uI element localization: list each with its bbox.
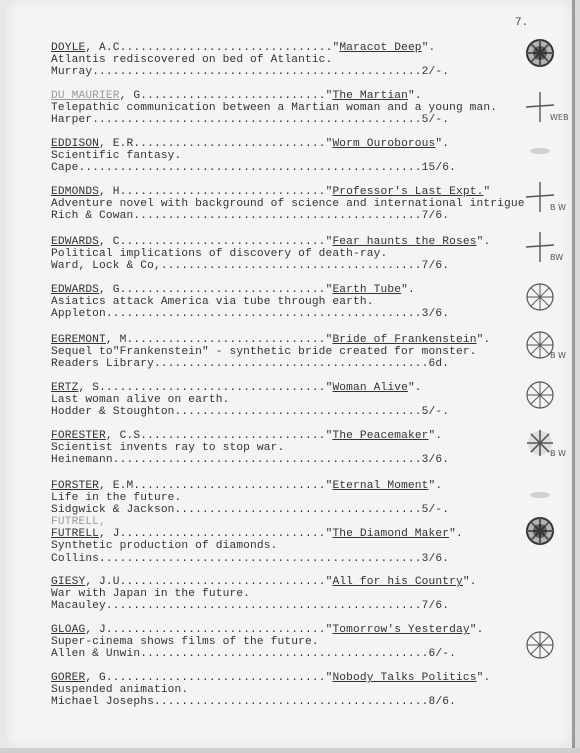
author-dot-leader: .............................. (120, 186, 326, 198)
author-initials: , E.M (99, 480, 133, 492)
entry-heading-line: DU MAURIER, G...........................… (51, 90, 561, 102)
author-dot-leader: .............................. (120, 528, 326, 540)
entry-publisher-line: Allen & Unwin...........................… (51, 648, 561, 660)
author-dot-leader: ................................ (106, 672, 326, 684)
author-dot-leader: ............................... (120, 42, 333, 54)
author-initials: , J.U (85, 576, 119, 588)
page-number: 7. (515, 17, 528, 29)
entry-description: Political implications of discovery of d… (51, 248, 561, 260)
author-initials: , J (85, 624, 106, 636)
bibliography-entry: EGREMONT, M.............................… (51, 334, 561, 371)
publisher-name: Readers Library (51, 358, 154, 370)
entry-description: Telepathic communication between a Marti… (51, 102, 561, 114)
author-name: DU MAURIER (51, 90, 120, 102)
cross-mark-icon: BW (523, 230, 557, 264)
book-title: Eternal Moment (332, 480, 428, 492)
bibliography-entry: ERTZ, S.................................… (51, 382, 561, 419)
book-title: Woman Alive (332, 382, 408, 394)
publisher-name: Appleton (51, 308, 106, 320)
publisher-name: Murray (51, 66, 92, 78)
publisher-dot-leader: ........................................… (78, 162, 421, 174)
price: 5/-. (422, 114, 449, 126)
price: 5/-. (422, 504, 449, 516)
author-initials: , J (99, 528, 120, 540)
publisher-dot-leader: .................................... (175, 406, 422, 418)
price: 6/-. (429, 648, 456, 660)
entry-description: Asiatics attack America via tube through… (51, 296, 561, 308)
bibliography-entry: FORESTER, C.S...........................… (51, 430, 561, 467)
entry-description: Super-cinema shows films of the future. (51, 636, 561, 648)
margin-note: B W (550, 203, 566, 212)
entry-heading-line: EDMONDS, H..............................… (51, 186, 561, 198)
publisher-dot-leader: ........................................… (92, 114, 421, 126)
author-name: FUTRELL (51, 528, 99, 540)
close-quote: " (483, 186, 490, 198)
entry-publisher-line: Sidgwick & Jackson......................… (51, 504, 561, 516)
book-title: Earth Tube (332, 284, 401, 296)
entry-publisher-line: Heinemann...............................… (51, 454, 561, 466)
price: 3/6. (422, 454, 449, 466)
entry-description: Suspended animation. (51, 684, 561, 696)
cross-mark-icon: B W (523, 180, 557, 214)
entry-publisher-line: Macauley................................… (51, 600, 561, 612)
author-dot-leader: ............................. (127, 334, 326, 346)
publisher-dot-leader: ........................................… (99, 553, 422, 565)
entry-heading-line: ERTZ, S.................................… (51, 382, 561, 394)
bibliography-entry: EDWARDS, G..............................… (51, 284, 561, 321)
price: 7/6. (422, 210, 449, 222)
book-title: Maracot Deep (339, 42, 421, 54)
close-quote: ". (429, 480, 443, 492)
entry-heading-line: GORER, G................................… (51, 672, 561, 684)
publisher-dot-leader: ........................................… (92, 66, 421, 78)
book-title: Bride of Frankenstein (332, 334, 476, 346)
bibliography-entry: EDDISON, E.R............................… (51, 138, 561, 175)
close-quote: ". (435, 138, 449, 150)
close-quote: ". (477, 672, 491, 684)
entry-description: Sequel to"Frankenstein" - synthetic brid… (51, 346, 561, 358)
publisher-name: Sidgwick & Jackson (51, 504, 175, 516)
price: 2/-. (422, 66, 449, 78)
price: 5/-. (422, 406, 449, 418)
entry-heading-line: FUTRELL, J..............................… (51, 528, 561, 540)
wheel-mark-icon: B W (523, 328, 557, 362)
page-bottom-edge (0, 748, 580, 753)
author-name: EGREMONT (51, 334, 106, 346)
struck-overtype-text: FUTRELL, (51, 516, 561, 528)
author-name: GLOAG (51, 624, 85, 636)
author-initials: , G (85, 672, 106, 684)
entry-heading-line: GLOAG, J................................… (51, 624, 561, 636)
publisher-dot-leader: ...................................... (161, 260, 422, 272)
bibliography-entry: GIESY, J.U..............................… (51, 576, 561, 613)
author-dot-leader: .............................. (120, 284, 326, 296)
author-name: EDDISON (51, 138, 99, 150)
cross-mark-icon: WEB (523, 90, 557, 124)
entry-publisher-line: Rich & Cowan............................… (51, 210, 561, 222)
author-name: FORSTER (51, 480, 99, 492)
price: 3/6. (422, 308, 449, 320)
entry-publisher-line: Ward, Lock & Co,........................… (51, 260, 561, 272)
close-quote: ". (477, 334, 491, 346)
margin-note: BW (550, 253, 563, 262)
star-mark-icon: B W (523, 426, 557, 460)
author-name: GORER (51, 672, 85, 684)
entry-description: Synthetic production of diamonds. (51, 540, 561, 552)
author-dot-leader: ............................ (133, 480, 325, 492)
publisher-dot-leader: ........................................… (106, 600, 422, 612)
publisher-name: Macauley (51, 600, 106, 612)
author-initials: , E.R (99, 138, 133, 150)
author-dot-leader: .............................. (120, 576, 326, 588)
publisher-dot-leader: .................................... (175, 504, 422, 516)
publisher-dot-leader: ........................................… (106, 308, 422, 320)
price: 15/6. (422, 162, 456, 174)
author-dot-leader: ............................ (133, 138, 325, 150)
publisher-name: Michael Josephs (51, 696, 154, 708)
faint-smudge-mark-icon (523, 478, 557, 512)
bibliography-entry: GORER, G................................… (51, 672, 561, 709)
book-title: Professor's Last Expt. (332, 186, 483, 198)
price: 7/6. (422, 600, 449, 612)
close-quote: ". (429, 430, 443, 442)
entry-description: Last woman alive on earth. (51, 394, 561, 406)
publisher-name: Harper (51, 114, 92, 126)
entry-publisher-line: Readers Library.........................… (51, 358, 561, 370)
publisher-dot-leader: ........................................ (154, 696, 429, 708)
book-title: The Diamond Maker (332, 528, 449, 540)
entry-heading-line: EGREMONT, M.............................… (51, 334, 561, 346)
author-dot-leader: .............................. (120, 236, 326, 248)
publisher-name: Heinemann (51, 454, 113, 466)
margin-note: WEB (550, 113, 568, 122)
entry-publisher-line: Appleton................................… (51, 308, 561, 320)
price: 6d. (429, 358, 450, 370)
author-initials: , S (78, 382, 99, 394)
close-quote: ". (422, 42, 436, 54)
entry-publisher-line: Cape....................................… (51, 162, 561, 174)
bibliography-entry: GLOAG, J................................… (51, 624, 561, 661)
margin-note: B W (550, 449, 566, 458)
author-initials: , G (99, 284, 120, 296)
price: 3/6. (422, 553, 449, 565)
book-title: Nobody Talks Politics (332, 672, 476, 684)
publisher-name: Allen & Unwin (51, 648, 140, 660)
filled-wheel-mark-icon (523, 514, 557, 548)
book-title: All for his Country (332, 576, 462, 588)
author-dot-leader: .......................... (147, 90, 325, 102)
author-dot-leader: ................................. (99, 382, 326, 394)
author-name: FORESTER (51, 430, 106, 442)
publisher-dot-leader: ........................................… (113, 454, 422, 466)
publisher-name: Rich & Cowan (51, 210, 133, 222)
publisher-name: Ward, Lock & Co, (51, 260, 161, 272)
bibliography-entry: DOYLE, A.C..............................… (51, 42, 561, 79)
author-name: DOYLE (51, 42, 85, 54)
author-name: EDMONDS (51, 186, 99, 198)
publisher-name: Cape (51, 162, 78, 174)
author-name: ERTZ (51, 382, 78, 394)
faint-smudge-mark-icon (523, 134, 557, 168)
entry-heading-line: FORSTER, E.M............................… (51, 480, 561, 492)
bibliography-entry: FUTRELL,FUTRELL, J......................… (51, 516, 561, 565)
author-name: EDWARDS (51, 284, 99, 296)
entry-description: Scientist invents ray to stop war. (51, 442, 561, 454)
entry-description: War with Japan in the future. (51, 588, 561, 600)
author-initials: , C (99, 236, 120, 248)
entry-heading-line: EDWARDS, C..............................… (51, 236, 561, 248)
author-dot-leader: ................................ (106, 624, 326, 636)
entry-description: Scientific fantasy. (51, 150, 561, 162)
bibliography-entry: DU MAURIER, G...........................… (51, 90, 561, 127)
entry-heading-line: DOYLE, A.C..............................… (51, 42, 561, 54)
close-quote: ". (477, 236, 491, 248)
wheel-mark-icon (523, 280, 557, 314)
entry-heading-line: EDDISON, E.R............................… (51, 138, 561, 150)
author-initials: , H (99, 186, 120, 198)
entry-description: Life in the future. (51, 492, 561, 504)
book-title: Tomorrow's Yesterday (332, 624, 469, 636)
book-title: The Peacemaker (332, 430, 428, 442)
publisher-dot-leader: ........................................… (133, 210, 421, 222)
publisher-dot-leader: ........................................… (140, 648, 428, 660)
entry-heading-line: GIESY, J.U..............................… (51, 576, 561, 588)
entry-publisher-line: Michael Josephs.........................… (51, 696, 561, 708)
wheel-mark-icon (523, 378, 557, 412)
entry-heading-line: EDWARDS, G..............................… (51, 284, 561, 296)
close-quote: ". (470, 624, 484, 636)
price: 8/6. (429, 696, 456, 708)
author-initials: , G. (120, 90, 147, 102)
bibliography-entry: EDMONDS, H..............................… (51, 186, 561, 223)
close-quote: ". (408, 382, 422, 394)
entry-description: Adventure novel with background of scien… (51, 198, 561, 210)
entry-heading-line: FORESTER, C.S...........................… (51, 430, 561, 442)
entry-publisher-line: Harper..................................… (51, 114, 561, 126)
author-name: EDWARDS (51, 236, 99, 248)
entry-publisher-line: Collins.................................… (51, 553, 561, 565)
close-quote: ". (449, 528, 463, 540)
filled-wheel-mark-icon (523, 36, 557, 70)
entry-publisher-line: Murray..................................… (51, 66, 561, 78)
author-initials: , C.S (106, 430, 140, 442)
publisher-name: Collins (51, 553, 99, 565)
close-quote: ". (401, 284, 415, 296)
author-dot-leader: ........................... (140, 430, 325, 442)
publisher-dot-leader: ........................................ (154, 358, 429, 370)
margin-note: B W (550, 351, 566, 360)
author-initials: , M (106, 334, 127, 346)
close-quote: ". (463, 576, 477, 588)
entry-description: Atlantis rediscovered on bed of Atlantic… (51, 54, 561, 66)
publisher-name: Hodder & Stoughton (51, 406, 175, 418)
book-title: Fear haunts the Roses (332, 236, 476, 248)
bibliography-entry: FORSTER, E.M............................… (51, 480, 561, 517)
book-title: The Martian (332, 90, 408, 102)
bibliography-entry: EDWARDS, C..............................… (51, 236, 561, 273)
entry-publisher-line: Hodder & Stoughton......................… (51, 406, 561, 418)
close-quote: ". (408, 90, 422, 102)
author-initials: , A.C (85, 42, 119, 54)
price: 7/6. (422, 260, 449, 272)
author-name: GIESY (51, 576, 85, 588)
book-title: Worm Ouroborous (332, 138, 435, 150)
wheel-mark-icon (523, 628, 557, 662)
